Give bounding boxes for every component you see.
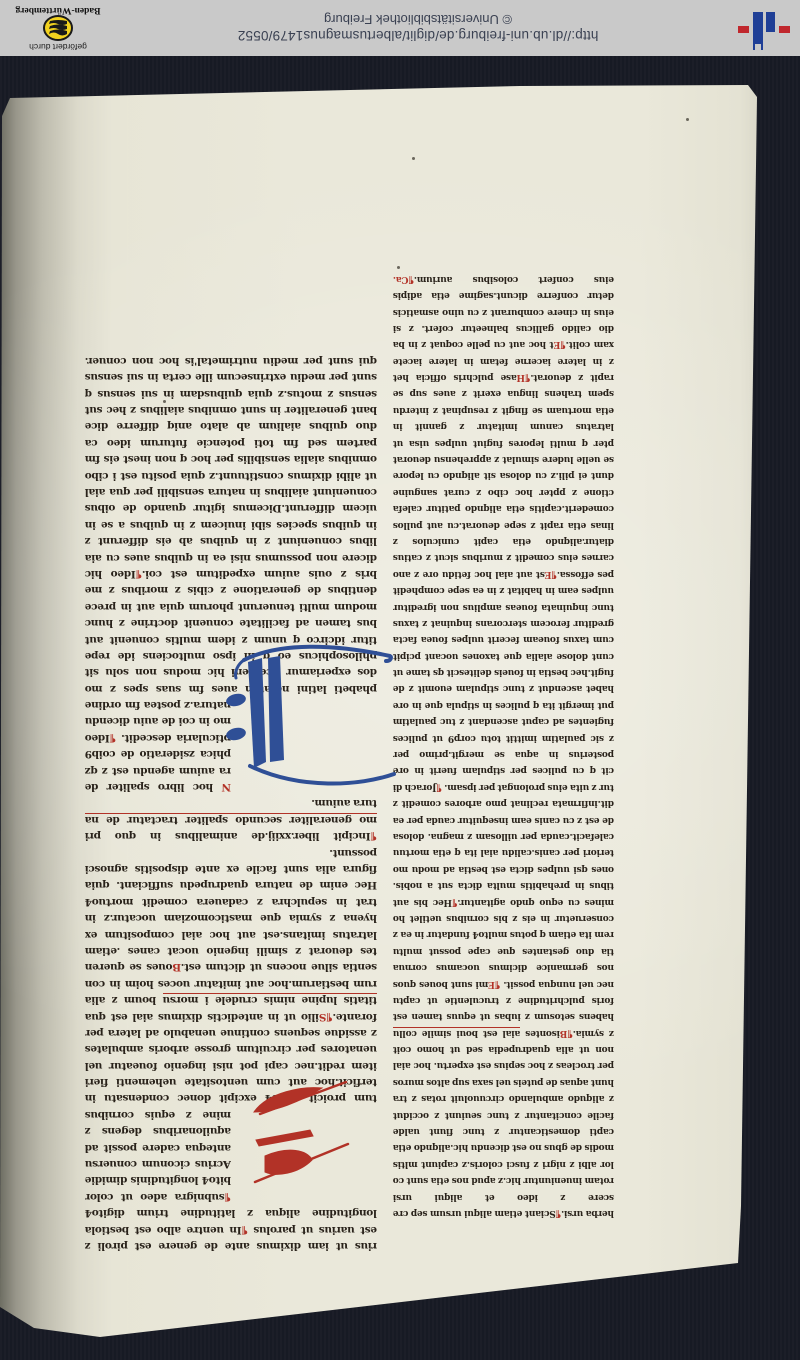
text-line: mine z equis cornibus uetilat — [85, 1106, 231, 1122]
text-line: figura alia sunt facile ex ante disposit… — [85, 861, 377, 877]
text-line: posterius in aqua se mergit.primo per ca… — [393, 746, 614, 762]
text-line: etia mortuam se fingit z resupinat z int… — [393, 401, 614, 417]
funded-by-label: gefördert durch — [29, 43, 87, 52]
text-line: dunt ei pili.z cu dolosa sit aliqndo cu … — [393, 467, 614, 483]
text-line: ¶Incipit liber.xxiij.de animalibus in qu… — [85, 828, 377, 844]
text-line: uenatores per circuitum grosse arboris a… — [85, 1041, 377, 1057]
text-line: titatis lupine nimis crudele i morsu bou… — [85, 992, 377, 1008]
text-line: cit q cu pulices per stipulam fuerit in … — [393, 762, 614, 778]
text-line: fugientes ad caput ascendant z tuc paula… — [393, 713, 614, 729]
text-line: dit.infirmata reclinat pmo arbores comed… — [393, 795, 614, 811]
header-rotated-content: http://dl.ub.uni-freiburg.de/diglit/albe… — [0, 0, 800, 56]
screenshot-stage: http://dl.ub.uni-freiburg.de/diglit/albe… — [0, 0, 800, 1360]
text-line: habet ascendut z tunc stipulam euomit z … — [393, 680, 614, 696]
text-line: sunt per mediu extrinsecum ille certa in… — [85, 369, 377, 385]
scan-url-text: http://dl.ub.uni-freiburg.de/diglit/albe… — [238, 29, 599, 44]
text-line: dentibus de generatione z cibis z moribu… — [85, 582, 377, 598]
sponsor-block: gefördert durch Baden-Württemberg — [10, 5, 106, 51]
text-line: cum taxus foueam fecerit uulpes fouea fa… — [393, 631, 614, 647]
text-line: scere z ideo et aliqui ursi longitudine3… — [393, 1188, 614, 1204]
text-line: nos germanice dicimus uocamus cornua ing… — [393, 959, 614, 975]
baden-wuerttemberg-coat-of-arms-icon — [41, 16, 75, 42]
text-line: libus conueniunt z in quibus ab eis diff… — [85, 533, 377, 549]
text-line: linas etia rapit z sepe deuorat.cu aut p… — [393, 516, 614, 532]
dust-speck — [412, 157, 415, 160]
text-line: xam colit.¶Et hoc aut cu pelle coquat z … — [393, 336, 614, 352]
text-line: hyena z symia que masticomoziam uocatur.… — [85, 910, 377, 926]
text-line: z in latere iacerne fetam in latere iace… — [393, 352, 614, 368]
text-line: uicem differunt.Dicemus igitur quando de… — [85, 500, 377, 516]
text-line: z sic paulatim imittit totu corp9 ut pul… — [393, 729, 614, 745]
text-line: z aliqudo ambulando circuuoluit rotas z … — [393, 1090, 614, 1106]
text-line: herba ursi.¶Sciant etiam aliqui ursum se… — [393, 1205, 614, 1221]
text-line: rem ita etiam q potus multo4 fundatur in… — [393, 926, 614, 942]
text-line: calefacit.cauda per uillosam z magna. do… — [393, 828, 614, 844]
text-line: ut alibi diximus constituunt.z quia posi… — [85, 467, 377, 483]
text-line: mines cu equo qndo agitantur.¶Hec bis au… — [393, 893, 614, 909]
text-line: uulpes eam in habitat z in ea sepe comph… — [393, 582, 614, 598]
text-line: pter q multi lepores fugiut uulpes uisa … — [393, 434, 614, 450]
text-line: modis de gbus no est dicendu hic.aliqndo… — [393, 1139, 614, 1155]
text-line: rius ut iam diximus ante de genere est p… — [85, 1238, 377, 1254]
dust-speck — [397, 266, 400, 269]
library-logo-icon — [730, 4, 794, 52]
text-line: capti domesticantur z tunc fiunt ualde l… — [393, 1123, 614, 1139]
text-line: sensus z motus.z quia quibusdam in sui s… — [85, 385, 377, 401]
text-line: tes deuorat z simili ingenio uocat canes… — [85, 943, 377, 959]
text-line: bito4 longitudinis dimidie — [85, 1172, 231, 1188]
text-line: conseruetur in eis z bis cornibus uetile… — [393, 910, 614, 926]
dust-speck — [686, 118, 689, 121]
text-line: tibus in prehabitis multa dicta sut a no… — [393, 877, 614, 893]
text-line: latratus canum imitatur z gannit in fame… — [393, 418, 614, 434]
text-line: detur conferre dicunt.sagime etia adipis — [393, 287, 614, 303]
text-line: item redit.nec capi pot nisi ingenio fou… — [85, 1057, 377, 1073]
text-line: Acrius ciconum conuersu aial — [85, 1156, 231, 1172]
rubric-flourish-initial-red — [248, 1074, 358, 1189]
text-line: spem trahens lingua exerit z aues sup se… — [393, 385, 614, 401]
text-line: cunt dolose aialia que taxones uocant pc… — [393, 647, 614, 663]
text-line: rum bestiarum.hoc aut imitatur uoces hoi… — [85, 975, 377, 991]
text-line: bant generaliter in sunt omnibus aialibu… — [85, 402, 377, 418]
text-line: omnibus aialia sensibilis per hoc q non … — [85, 451, 377, 467]
text-line: eius confert colosibus aurium.¶Ca. — [393, 270, 614, 286]
text-line: trat in sepulchra z cadauera comedit mor… — [85, 893, 377, 909]
text-line: bris z ouis auium expeditum est coi.¶Ide… — [85, 566, 377, 582]
header-text-block: http://dl.ub.uni-freiburg.de/diglit/albe… — [106, 13, 730, 44]
text-line: comederit.capitis etia aliqndo patitur c… — [393, 500, 614, 516]
viewer-header-bar: http://dl.ub.uni-freiburg.de/diglit/albe… — [0, 0, 800, 56]
text-line: qui sunt per mediu nutrimetal'is hoc non… — [85, 353, 377, 369]
text-line: sentia silue nocens ut dictum est.Boues … — [85, 959, 377, 975]
text-line: conueniunt aialibus in natura sensibili … — [85, 484, 377, 500]
text-column-right: herba ursi.¶Sciant etiam aliqui ursum se… — [393, 352, 614, 1221]
text-line: put imergit ita q pulices in stipula que… — [393, 697, 614, 713]
text-line: habens setosum z iubas ut equus tamen es… — [393, 1008, 614, 1024]
text-line: teriori per canis.calidu aial ita q etia… — [393, 844, 614, 860]
text-line: eius in cinere comburant z cu uino asmat… — [393, 303, 614, 319]
text-line: z symia.¶Bisontes aial est boui simile c… — [393, 1024, 614, 1040]
text-line: rapit z deuorat.¶Hase pulchris officia h… — [393, 369, 614, 385]
text-line: antequa cadere possit ad terra — [85, 1139, 231, 1155]
text-line: nec uel nunqua possit. ¶Emi sunt boues q… — [393, 975, 614, 991]
text-line: duo quibus aialium ab alato aniq differr… — [85, 418, 377, 434]
text-line: modum multi tenuerunt phorum quia aut in… — [85, 598, 377, 614]
text-line: in quibus species sibi inuicem z in quib… — [85, 516, 377, 532]
text-line: Hec enim de natura quadrupedu sufficiant… — [85, 877, 377, 893]
text-line: ¶subnigra adeo ut color ei9 — [85, 1188, 231, 1204]
text-line: latratus imitans.est aut hoc aial compos… — [85, 926, 377, 942]
text-line: per trocleas z hoc sepius est expertu. h… — [393, 1057, 614, 1073]
text-line: ctione z ppter hoc cibo z curat sanguine… — [393, 483, 614, 499]
region-label: Baden-Württemberg — [16, 5, 101, 15]
text-line: ones qsi uulpes dicta est bestia ad modu… — [393, 860, 614, 876]
text-line: de est z cu canis eam insequitur cauda p… — [393, 811, 614, 827]
text-line: longitudine aliqua z latitudine trium di… — [85, 1205, 377, 1221]
text-line: bus tamen ad facilitate conuenit doctrin… — [85, 615, 377, 631]
text-line: tunc inquinata foueas amplius non igredi… — [393, 598, 614, 614]
text-line: dio calido gallicus balneetur cofert. z … — [393, 320, 614, 336]
text-line: z assidue sequens continue uenabulo ad l… — [85, 1025, 377, 1041]
text-line: fugit.hec bestia in foueis delitescit qs… — [393, 664, 614, 680]
text-line: tia duo gestantes que cape possut multu … — [393, 942, 614, 958]
text-line: se uelle ludere simulat z apprehensu deu… — [393, 451, 614, 467]
text-line: rotam inueniuntur hic.z apud nos etia su… — [393, 1172, 614, 1188]
illuminated-initial-blue-I — [210, 634, 400, 814]
text-line: est uarius ut parolus ¶In uentre albo es… — [85, 1221, 377, 1237]
text-line: foris pulchritudine z truculentie ut cap… — [393, 992, 614, 1008]
text-line: greditur ferocem stercorans inquinat z t… — [393, 615, 614, 631]
text-line: facile concitantur z tunc seuiunt z occi… — [393, 1106, 614, 1122]
text-line: lor albi z nigri z fusci coloris.z capiu… — [393, 1155, 614, 1171]
scan-background: rius ut iam diximus ante de genere est p… — [0, 56, 800, 1360]
text-line: partem sed fm toti potencie futurum ideo… — [85, 434, 377, 450]
text-line: pes effossa.¶Est aut aial hoc fetidu ore… — [393, 565, 614, 581]
text-line: non ut alia quadrupedia sed ut homo coit… — [393, 1041, 614, 1057]
text-line: dicere non possumus nisi ea in quibus au… — [85, 549, 377, 565]
copyright-text: © Universitätsbibliothek Freiburg — [324, 13, 512, 28]
text-line: possunt. — [85, 844, 377, 860]
text-line: aquilonaribus degens z rapina — [85, 1123, 231, 1139]
text-line: diatur.aliqndo etia capit cuniculos z le… — [393, 533, 614, 549]
text-line: forante.¶Silio ut in antedictis diximus … — [85, 1008, 377, 1024]
text-line: carnes eius comedit z muribus sicut z ca… — [393, 549, 614, 565]
text-line: tur z uita eius prolongat per ipsam. ¶Jo… — [393, 778, 614, 794]
text-line: hunt aquas de puteis uel saxa sup altos … — [393, 1073, 614, 1089]
